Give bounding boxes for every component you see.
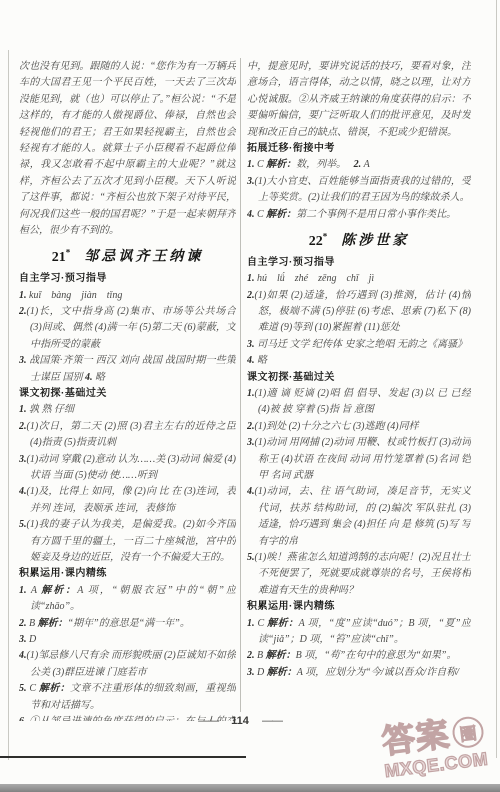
answer-item: 1. C 解析：数，列举。 2. A (247, 157, 471, 173)
answer-item: 3.(1)动词 穿戴 (2)意动 认为……美 (3)动词 偏爱 (4)状语 当面… (19, 452, 236, 485)
page-number-dash-right: —— (262, 715, 282, 727)
section-header: 拓展迁移·衔接中考 (247, 141, 471, 157)
section-header: 自主学习·预习指导 (247, 255, 471, 271)
section-header: 课文初探·基础过关 (19, 386, 236, 402)
answer-item: 2. B 解析：B 项，“苟”在句中的意思为“如果”。 (247, 648, 471, 664)
answer-item: 3. D 解析：A 项，应划分为“今/诚以吾众/诈自称/ (247, 665, 471, 681)
answer-item: 4.(1)邹忌修八尺有余 而形貌昳丽 (2)臣诚知不如徐公美 (3)群臣进谏 门… (19, 648, 236, 681)
answer-item: 3. 司马迁 文学 纪传体 史家之绝唱 无韵之《离骚》 (247, 337, 471, 353)
answer-item: 2.(1)如果 (2)适逢，恰巧遇到 (3)推测，估计 (4)恼怒，极端不满 (… (247, 288, 471, 337)
lesson-number: 22* (309, 234, 328, 249)
page-number-dash-left: —— (198, 715, 218, 727)
section-header: 自主学习·预习指导 (19, 271, 236, 287)
page-number: —— 114 —— (140, 715, 340, 727)
answer-item: 1. hú lǘ zhé zēng chī jì (247, 271, 471, 287)
lesson-star: * (323, 231, 328, 241)
lesson-name: 邹忌讽齐王纳谏 (84, 250, 203, 265)
answer-item: 5.(1)唉！燕雀怎么知道鸿鹄的志向呢！(2)况且壮士不死便罢了，死就要成就尊崇… (247, 550, 471, 599)
section-header: 积累运用·课内精练 (247, 599, 471, 615)
right-column: 中，提意见时，要讲究说话的技巧，要看对象，注意场合，语言得体，动之以情，晓之以理… (247, 59, 471, 721)
body-paragraph: 次也没有见到。跟随的人说：“您作为有一万辆兵车的大国君王见一个平民百姓，一天去了… (19, 59, 236, 239)
page-right-border-line (496, 0, 497, 758)
answer-item: 1. 孰 熟 仔细 (19, 402, 236, 418)
left-column: 次也没有见到。跟随的人说：“您作为有一万辆兵车的大国君王见一个平民百姓，一天去了… (19, 59, 236, 721)
answer-item: 1.(1)適 谪 贬谪 (2)唱 倡 倡导、发起 (3)以 已 已经 (4)被 … (247, 386, 471, 419)
section-header: 积累运用·课内精练 (19, 566, 236, 582)
lesson-name: 陈涉世家 (341, 234, 409, 249)
answer-item: 1. A 解析：A 项，“朝服衣冠”中的“朝”应读“zhāo”。 (19, 583, 236, 616)
answer-item: 3.(1)大小官吏、百姓能够当面指责我的过错的，受上等奖赏。(2)让我们的君王因… (247, 174, 471, 207)
column-divider-line (240, 58, 241, 712)
body-paragraph: 中，提意见时，要讲究说话的技巧，要看对象，注意场合，语言得体，动之以情，晓之以理… (247, 59, 471, 141)
scan-bottom-band (0, 784, 500, 792)
answer-item: 3. 战国策·齐策一 西汉 刘向 战国 战国时期一些策士谋臣 国别 4. 略 (19, 353, 236, 386)
page-number-value: 114 (231, 715, 249, 727)
lesson-number: 21* (52, 250, 71, 265)
answer-item: 2.(1)到处 (2)十分之六七 (3)逃跑 (4)同样 (247, 419, 471, 435)
answer-item: 4.(1)动词，去、往 语气助词，凑足音节，无实义 代词，扶苏 结构助词，的 (… (247, 484, 471, 550)
answer-item: 1. kuī bàng jiàn tǐng (19, 288, 236, 304)
answer-item: 5.(1)我的妻子认为我美，是偏爱我。(2)如今齐国有方圆千里的疆土，一百二十座… (19, 517, 236, 566)
lesson-star: * (66, 247, 71, 257)
scanned-answer-page: 次也没有见到。跟随的人说：“您作为有一万辆兵车的大国君王见一个平民百姓，一天去了… (0, 0, 500, 792)
answer-item: 3.(1)动词 用网捕 (2)动词 用鞭、杖或竹板打 (3)动词 称王 (4)状… (247, 435, 471, 484)
lesson-title: 21*邹忌讽齐王纳谏 (19, 239, 236, 271)
watermark: 答案 圈 MXQE.COM (367, 710, 500, 782)
watermark-circle-icon: 圈 (451, 714, 486, 749)
answer-item: 5. C 解析：文章不注重形体的细致刻画，重视细节和对话描写。 (19, 681, 236, 714)
answer-item: 2.(1)长，文中指身高 (2)集市、市场等公共场合 (3)间或、偶然 (4)满… (19, 304, 236, 353)
answer-item: 3. D (19, 632, 236, 648)
answer-item: 1. C 解析：A 项，“度”应读“duó”；B 项，“夏”应读“jiǎ”；D … (247, 616, 471, 649)
answer-item: 4.(1)及，比得上 如同，像 (2)向 比 在 (3)连词，表并列 连词，表顺… (19, 484, 236, 517)
answer-item: 4. C 解析：第二个事例不是用日常小事作类比。 (247, 207, 471, 223)
answer-item: 2. B 解析：“期年”的意思是“满一年”。 (19, 616, 236, 632)
answer-item: 4. 略 (247, 353, 471, 369)
page-left-border-line (8, 50, 9, 760)
answer-item: 2.(1)次日，第二天 (2)照 (3)君主左右的近侍之臣 (4)指责 (5)指… (19, 419, 236, 452)
section-header: 课文初探·基础过关 (247, 370, 471, 386)
lesson-title: 22*陈涉世家 (247, 223, 471, 255)
scan-edge-line (0, 756, 246, 758)
